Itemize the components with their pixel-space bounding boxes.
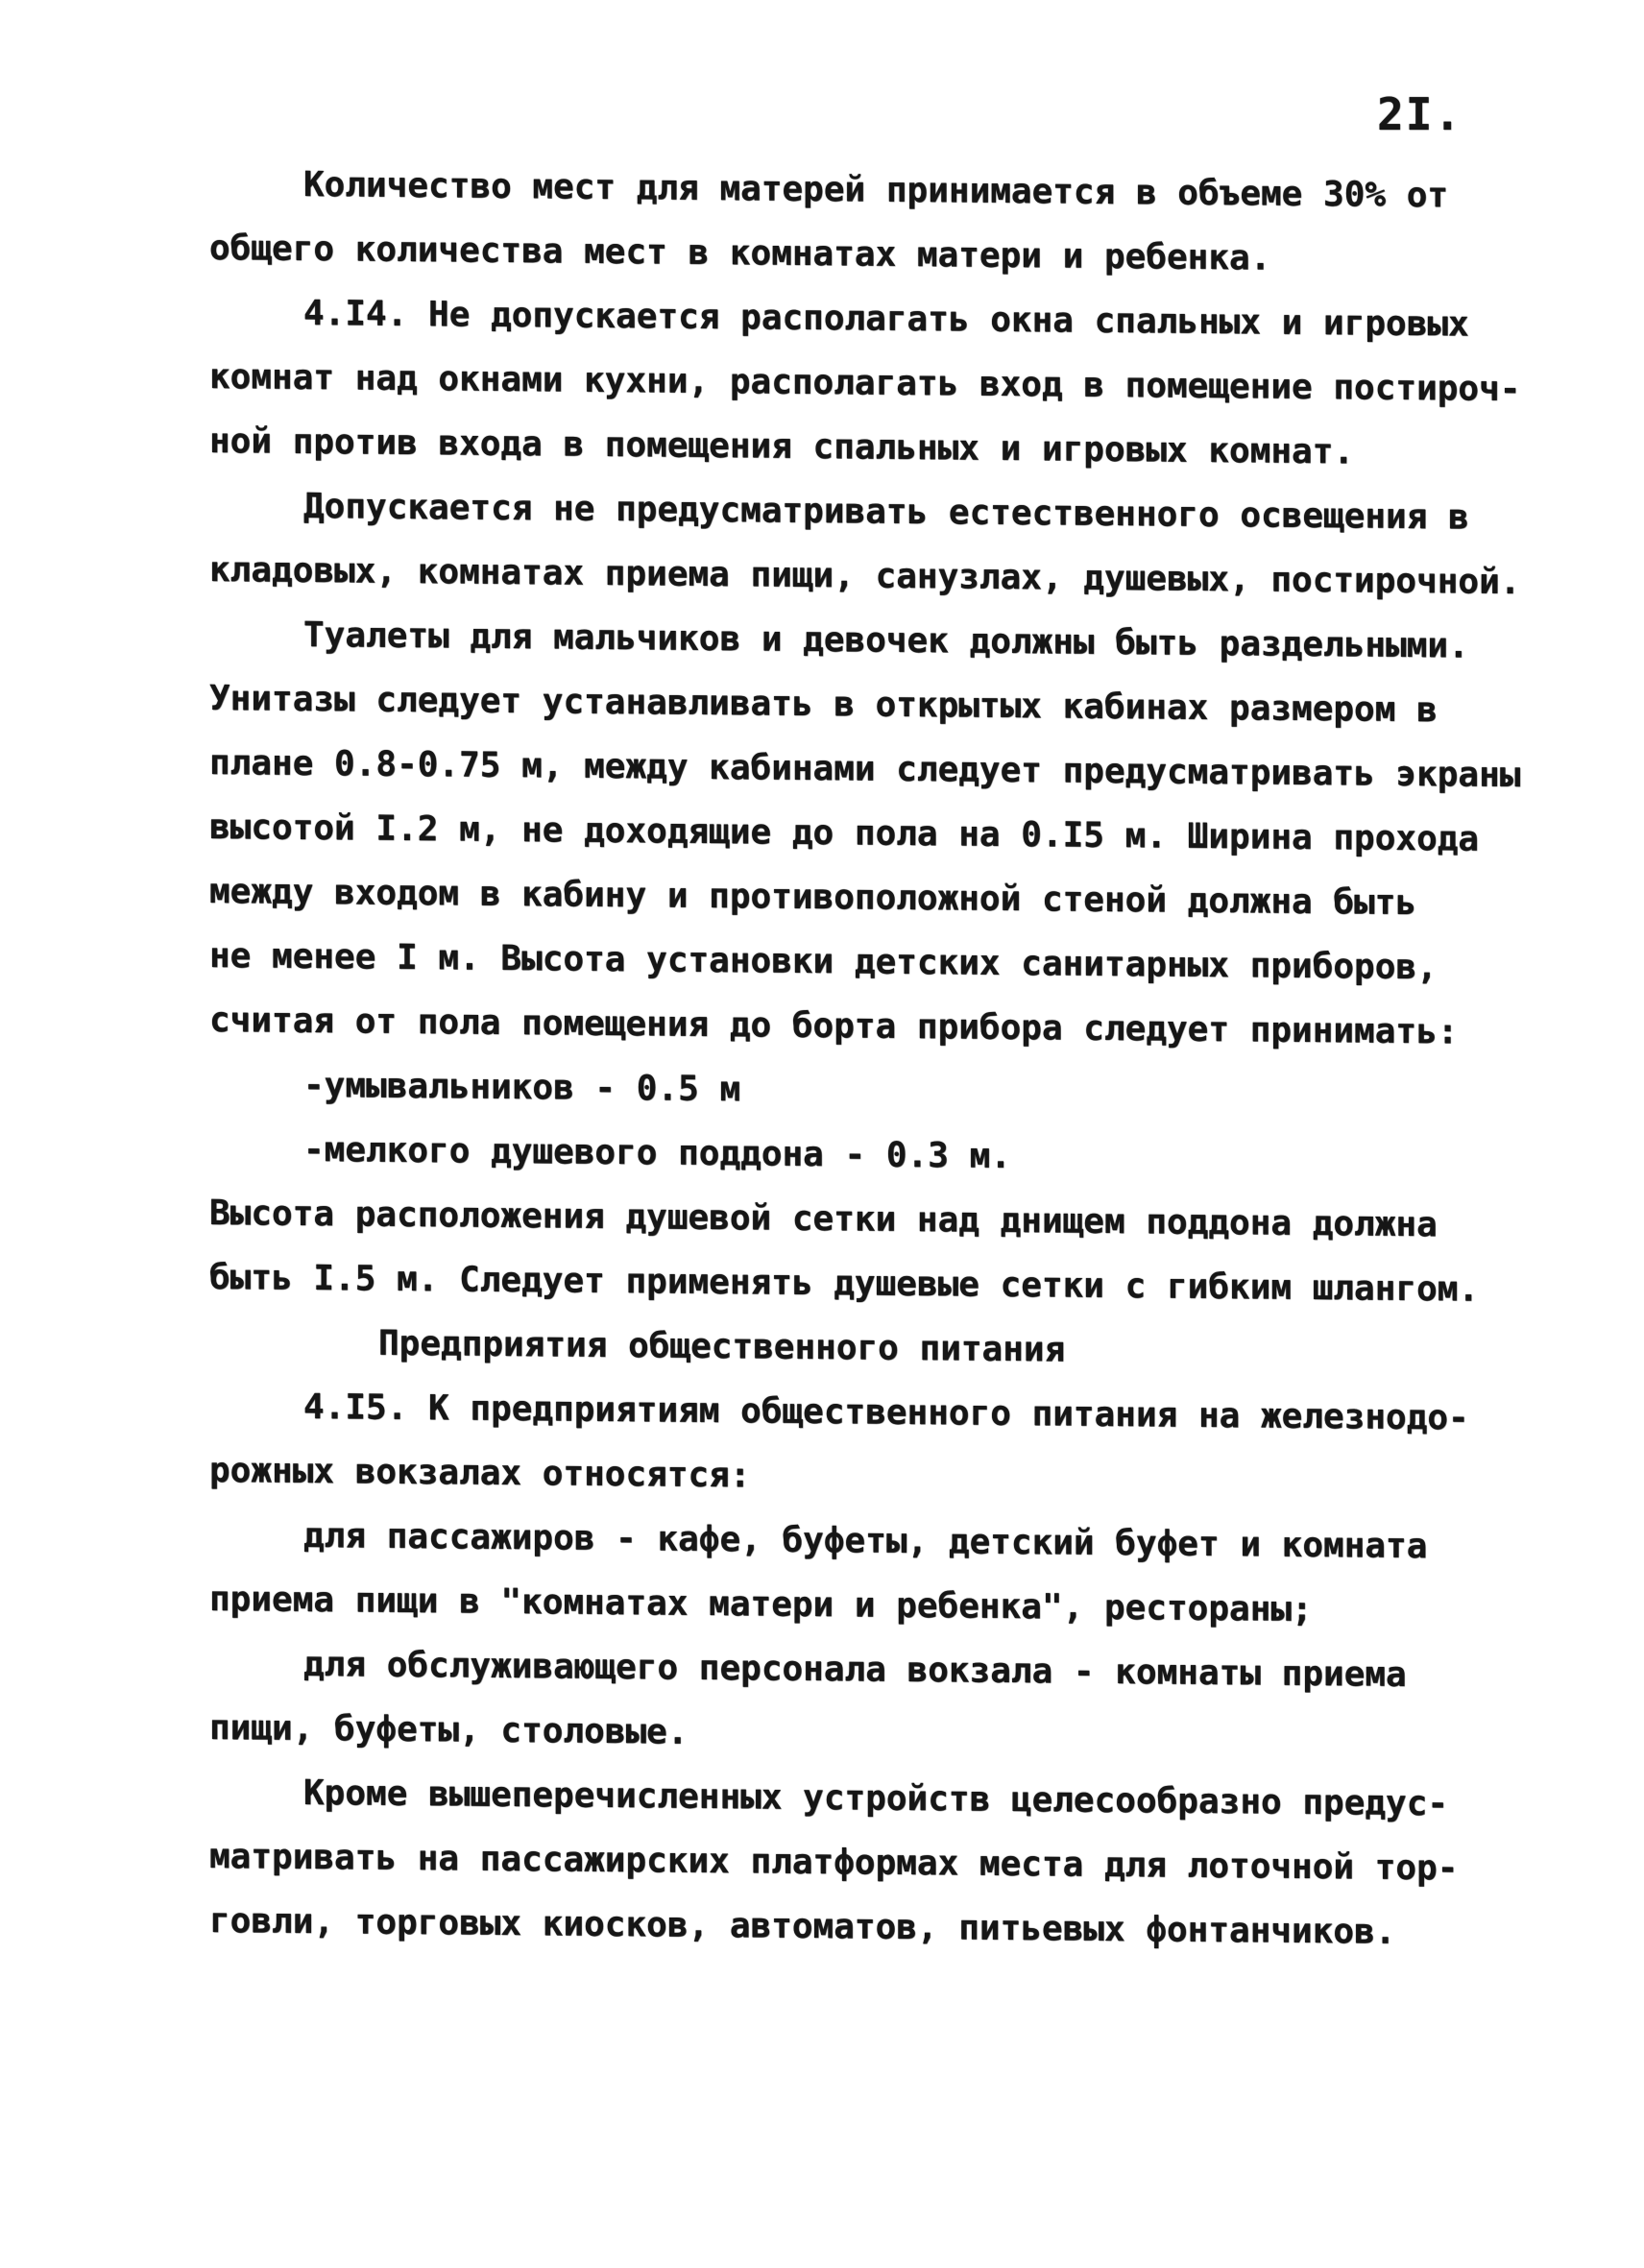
document-page: 2I. Количество мест для матерей принимае…: [0, 0, 1644, 2268]
page-number: 2I.: [1377, 90, 1463, 138]
document-body: Количество мест для матерей принимается …: [209, 152, 1554, 1966]
text-line: говли, торговых киосков, автоматов, пить…: [209, 1889, 1554, 1966]
